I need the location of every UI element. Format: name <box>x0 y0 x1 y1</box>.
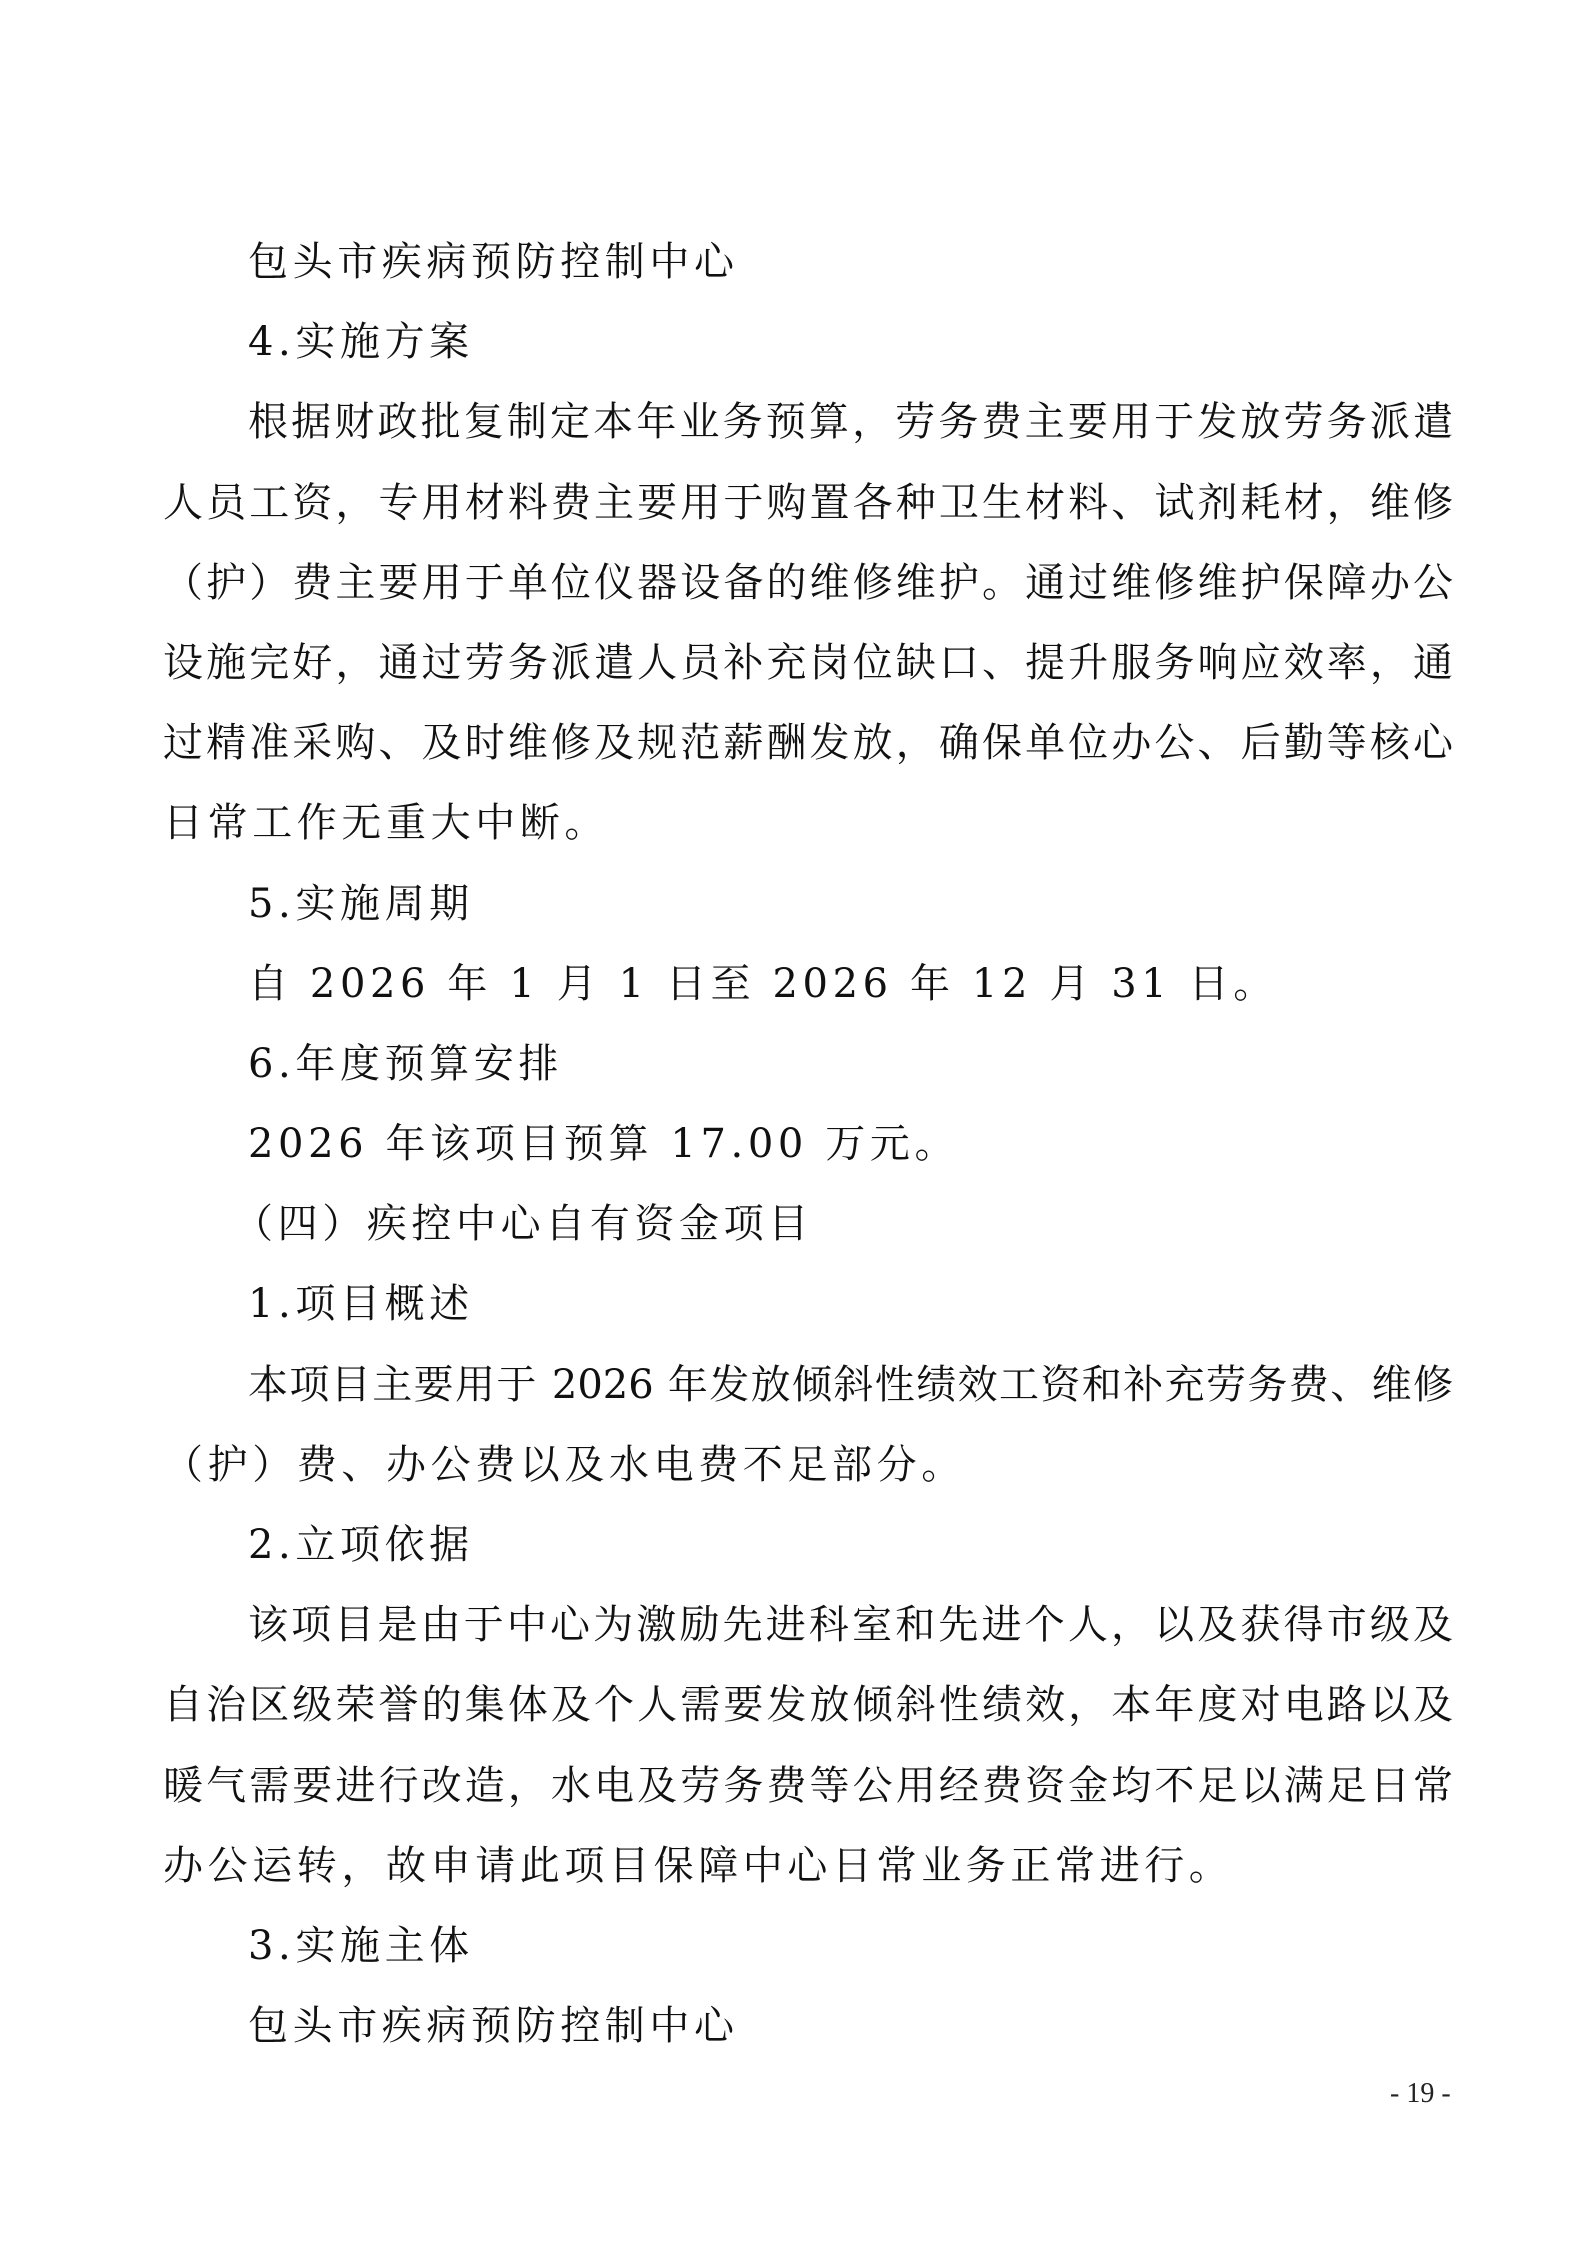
heading-annual-budget: 6.年度预算安排 <box>163 1024 1453 1104</box>
paragraph-line: 自治区级荣誉的集体及个人需要发放倾斜性绩效，本年度对电路以及 <box>163 1665 1453 1745</box>
section-heading-own-funds-project: （四）疾控中心自有资金项目 <box>163 1184 1453 1264</box>
paragraph-implementing-entity: 包头市疾病预防控制中心 <box>163 222 1453 302</box>
heading-implementing-entity: 3.实施主体 <box>163 1906 1453 1986</box>
heading-implementation-period: 5.实施周期 <box>163 864 1453 944</box>
paragraph-implementing-entity: 包头市疾病预防控制中心 <box>163 1986 1453 2066</box>
paragraph-line: （护）费、办公费以及水电费不足部分。 <box>163 1425 1453 1505</box>
document-body: 包头市疾病预防控制中心 4.实施方案 根据财政批复制定本年业务预算，劳务费主要用… <box>163 222 1453 2066</box>
heading-implementation-plan: 4.实施方案 <box>163 302 1453 382</box>
paragraph-budget-amount: 2026 年该项目预算 17.00 万元。 <box>163 1104 1453 1184</box>
heading-project-overview: 1.项目概述 <box>163 1264 1453 1344</box>
paragraph-line: 设施完好，通过劳务派遣人员补充岗位缺口、提升服务响应效率，通 <box>163 623 1453 703</box>
paragraph-line: 暖气需要进行改造，水电及劳务费等公用经费资金均不足以满足日常 <box>163 1746 1453 1826</box>
paragraph-line: 本项目主要用于 2026 年发放倾斜性绩效工资和补充劳务费、维修 <box>163 1345 1453 1425</box>
heading-project-basis: 2.立项依据 <box>163 1505 1453 1585</box>
paragraph-line: 办公运转，故申请此项目保障中心日常业务正常进行。 <box>163 1826 1453 1906</box>
paragraph-period-dates: 自 2026 年 1 月 1 日至 2026 年 12 月 31 日。 <box>163 944 1453 1024</box>
paragraph-line: 根据财政批复制定本年业务预算，劳务费主要用于发放劳务派遣 <box>163 382 1453 462</box>
page-number: - 19 - <box>1390 2078 1451 2110</box>
paragraph-line: 日常工作无重大中断。 <box>163 783 1453 863</box>
paragraph-line: （护）费主要用于单位仪器设备的维修维护。通过维修维护保障办公 <box>163 543 1453 623</box>
paragraph-line: 过精准采购、及时维修及规范薪酬发放，确保单位办公、后勤等核心 <box>163 703 1453 783</box>
paragraph-line: 该项目是由于中心为激励先进科室和先进个人，以及获得市级及 <box>163 1585 1453 1665</box>
paragraph-line: 人员工资，专用材料费主要用于购置各种卫生材料、试剂耗材，维修 <box>163 463 1453 543</box>
